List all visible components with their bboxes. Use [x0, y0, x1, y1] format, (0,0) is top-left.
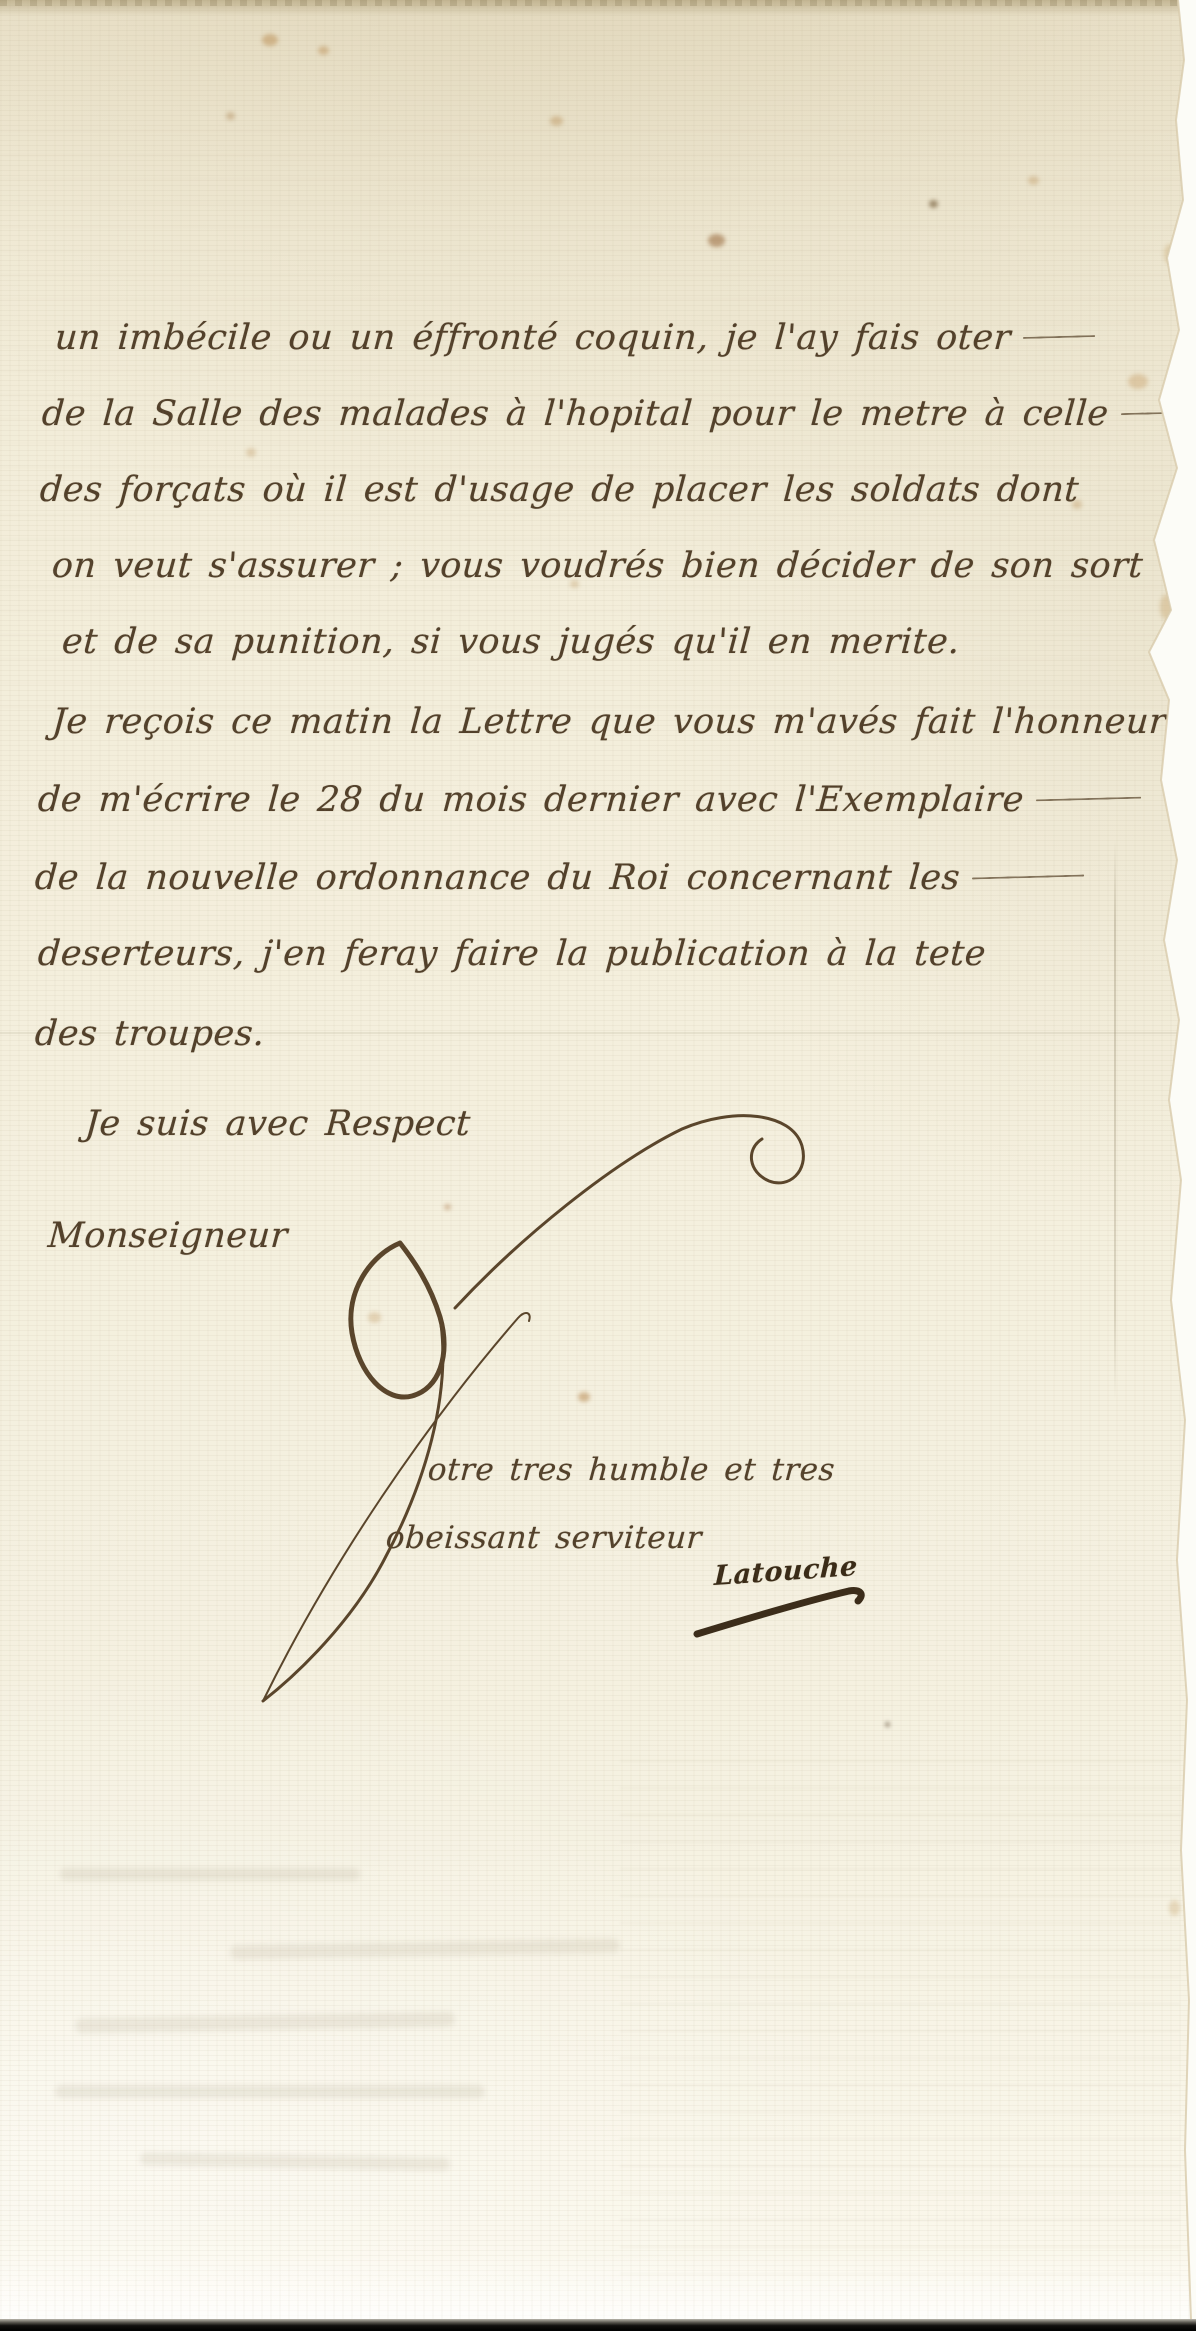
paper-top-edge-shading	[0, 0, 1196, 16]
signature: Latouche	[714, 1551, 859, 1592]
line-filler-stroke	[1178, 719, 1196, 723]
manuscript-line: de la Salle des malades à l'hopital pour…	[41, 394, 1196, 434]
foxing-spot	[1169, 1900, 1180, 1916]
manuscript-line: des troupes.	[34, 1014, 267, 1054]
foxing-spot	[570, 580, 579, 588]
verso-ghost-text	[230, 1939, 620, 1960]
foxing-spot	[246, 448, 256, 457]
manuscript-line: un imbécile ou un éffronté coquin, je l'…	[54, 318, 1097, 358]
scan-bottom-highlight	[0, 2255, 1196, 2319]
verso-ghost-text	[55, 2085, 485, 2098]
foxing-spot	[578, 1392, 590, 1402]
verso-ghost-text	[140, 2152, 450, 2170]
manuscript-line: deserteurs, j'en feray faire la publicat…	[37, 934, 988, 974]
paper-vertical-crease	[1114, 840, 1116, 1400]
manuscript-line-text: et de sa punition, si vous jugés qu'il e…	[61, 622, 962, 662]
foxing-spot	[550, 116, 563, 126]
scanner-edge-strip	[0, 2319, 1196, 2331]
manuscript-line-text: deserteurs, j'en feray faire la publicat…	[37, 934, 988, 974]
foxing-spot	[1028, 176, 1039, 185]
line-filler-stroke	[1036, 797, 1141, 802]
closing-salutation: Monseigneur	[47, 1216, 290, 1256]
verso-ghost-text	[75, 2012, 455, 2034]
foxing-spot	[318, 46, 329, 55]
manuscript-line: et de sa punition, si vous jugés qu'il e…	[61, 622, 962, 662]
foxing-spot	[368, 1312, 381, 1323]
manuscript-line-text: otre tres humble et tres	[427, 1452, 837, 1488]
line-filler-stroke	[1023, 335, 1095, 339]
foxing-spot	[1160, 594, 1174, 620]
foxing-spot	[262, 34, 278, 46]
manuscript-line-text: des troupes.	[34, 1014, 267, 1054]
line-filler-stroke	[972, 875, 1084, 880]
manuscript-line-text: obeissant serviteur	[385, 1520, 703, 1556]
foxing-spot	[1164, 244, 1176, 264]
foxing-spot	[1128, 374, 1148, 389]
manuscript-line-text: de la nouvelle ordonnance du Roi concern…	[34, 858, 962, 898]
manuscript-line-text: Je suis avec Respect	[84, 1104, 472, 1144]
valediction-line-2: obeissant serviteur	[385, 1520, 703, 1556]
ink-bleed-through-lower	[620, 1760, 1180, 2300]
line-filler-stroke	[1121, 411, 1196, 415]
signature-text: Latouche	[714, 1551, 859, 1592]
foxing-spot	[929, 200, 938, 208]
foxing-spot	[1072, 500, 1082, 509]
manuscript-line-text: de la Salle des malades à l'hopital pour…	[41, 394, 1110, 434]
paper-sheet: un imbécile ou un éffronté coquin, je l'…	[0, 0, 1196, 2331]
ink-speck	[885, 1722, 890, 1727]
manuscript-line: Je reçois ce matin la Lettre que vous m'…	[51, 702, 1196, 742]
verso-ghost-text	[60, 1868, 360, 1880]
manuscript-line-text: Monseigneur	[47, 1216, 290, 1256]
manuscript-line-text: on veut s'assurer ; vous voudrés bien dé…	[51, 546, 1145, 586]
manuscript-line-text: de m'écrire le 28 du mois dernier avec l…	[37, 780, 1026, 820]
manuscript-line-text: Je reçois ce matin la Lettre que vous m'…	[51, 702, 1168, 742]
foxing-spot	[708, 234, 725, 247]
manuscript-line-text: un imbécile ou un éffronté coquin, je l'…	[54, 318, 1013, 358]
closing-respect-line: Je suis avec Respect	[84, 1104, 472, 1144]
foxing-spot	[226, 112, 235, 120]
ink-bleed-through-upper	[0, 130, 1196, 730]
manuscript-line-text: des forçats où il est d'usage de placer …	[39, 470, 1081, 510]
foxing-spot	[444, 1204, 451, 1210]
valediction-line-1: otre tres humble et tres	[427, 1452, 837, 1488]
manuscript-line: de la nouvelle ordonnance du Roi concern…	[34, 858, 1086, 898]
paper-horizontal-crease	[0, 1032, 1196, 1034]
scanned-letter-page: un imbécile ou un éffronté coquin, je l'…	[0, 0, 1196, 2331]
paper-top-deckle-edge	[0, 0, 1196, 6]
manuscript-line: de m'écrire le 28 du mois dernier avec l…	[37, 780, 1143, 820]
manuscript-line: des forçats où il est d'usage de placer …	[39, 470, 1081, 510]
manuscript-line: on veut s'assurer ; vous voudrés bien dé…	[51, 546, 1145, 586]
